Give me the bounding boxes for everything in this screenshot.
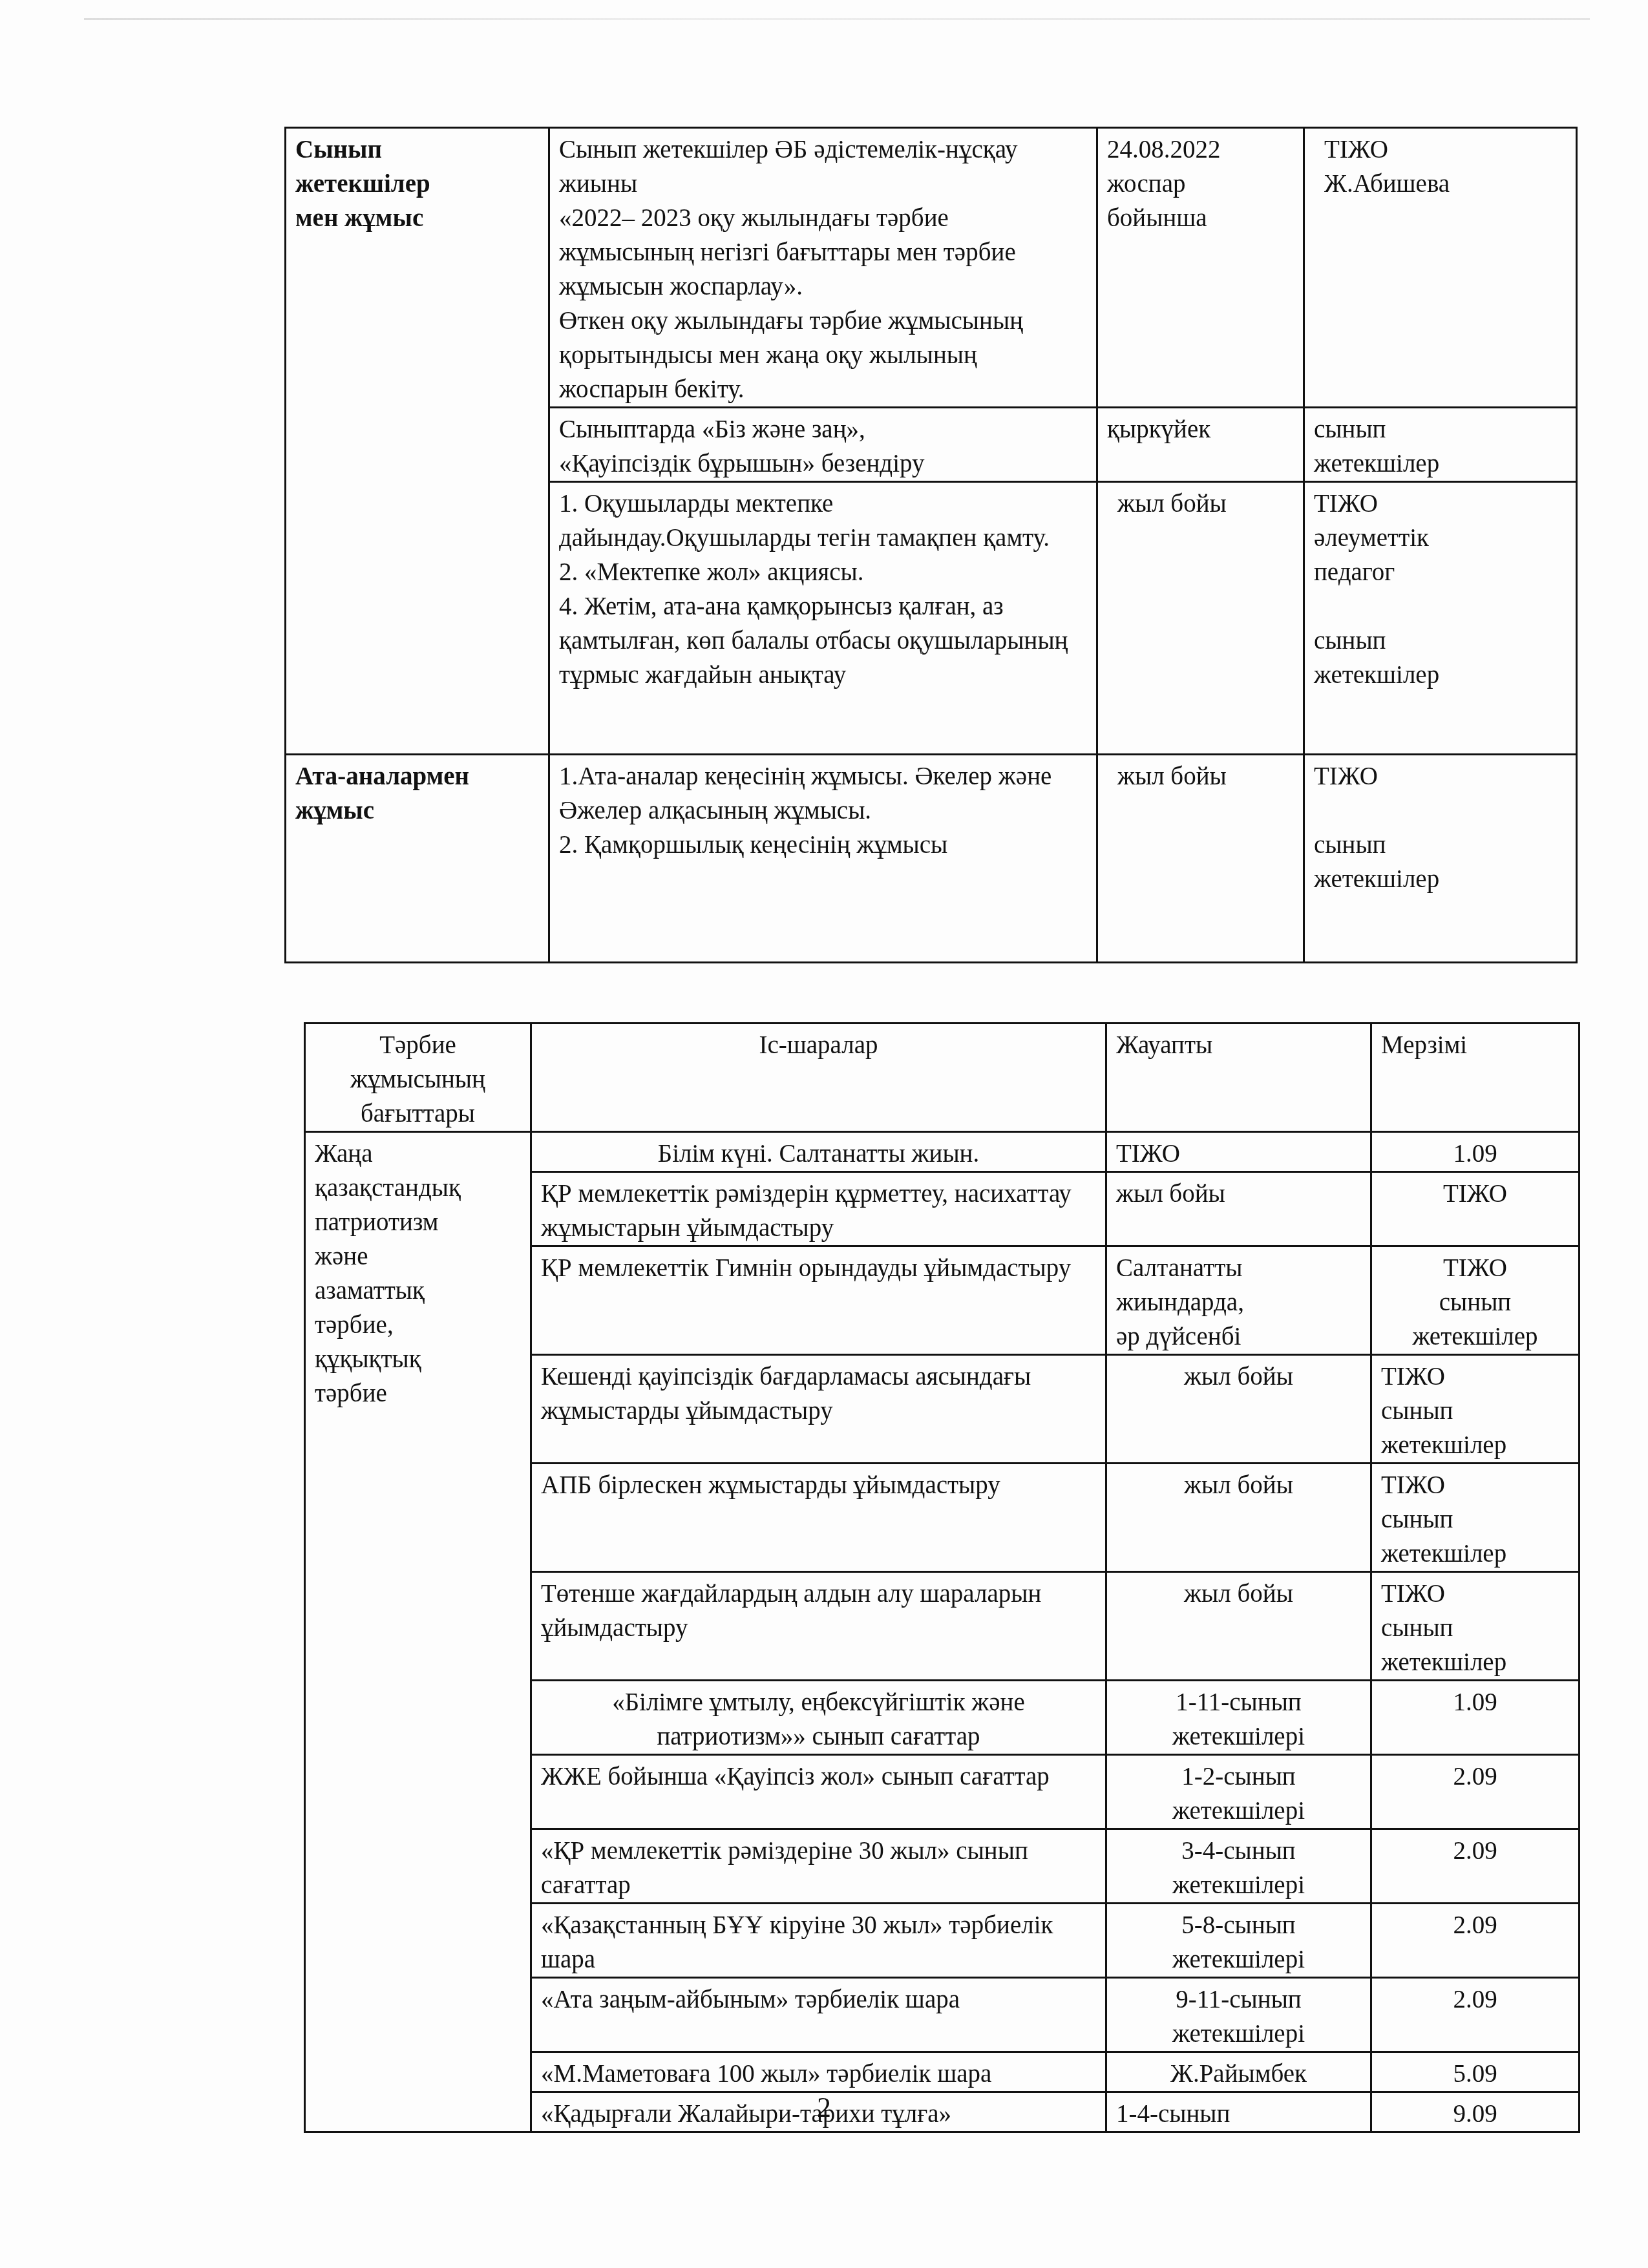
table-row: Ата-аналармен жұмыс 1.Ата-аналар кеңесін… [286,755,1577,963]
activity-cell: ЖЖЕ бойынша «Қауіпсіз жол» сынып сағатта… [531,1755,1106,1829]
activity-cell: «М.Маметоваға 100 жыл» тәрбиелік шара [531,2052,1106,2092]
responsible-cell: ТІЖО әлеуметтік педагог сынып жетекшілер [1304,482,1577,755]
responsible-cell: ТІЖО сынып жетекшілер [1304,755,1577,963]
responsible-cell: жыл бойы [1106,1464,1371,1572]
deadline-cell: ТІЖО сынып жетекшілер [1371,1355,1579,1464]
responsible-cell: ТІЖО [1106,1132,1371,1172]
direction-cell: Ата-аналармен жұмыс [286,755,549,963]
deadline-cell: ТІЖО сынып жетекшілер [1371,1246,1579,1355]
patriotic-education-table: Тәрбие жұмысының бағыттары Іс-шаралар Жа… [304,1022,1580,2133]
activity-cell: Білім күні. Салтанатты жиын. [531,1132,1106,1172]
header-activities: Іс-шаралар [531,1024,1106,1132]
responsible-cell: сынып жетекшілер [1304,408,1577,482]
activity-cell: Сыныптарда «Біз және заң», «Қауіпсіздік … [549,408,1097,482]
direction-cell: Жаңа қазақстандық патриотизм және азамат… [305,1132,531,2132]
deadline-cell: ТІЖО сынып жетекшілер [1371,1572,1579,1681]
activity-cell: «Ата заңым-айбыным» тәрбиелік шара [531,1978,1106,2052]
direction-cell: Сынып жетекшілер мен жұмыс [286,128,549,755]
header-directions: Тәрбие жұмысының бағыттары [305,1024,531,1132]
activity-cell: ҚР мемлекеттік Гимнін орындауды ұйымдаст… [531,1246,1106,1355]
responsible-cell: жыл бойы [1106,1355,1371,1464]
deadline-cell: 2.09 [1371,1904,1579,1978]
deadline-cell: 2.09 [1371,1829,1579,1904]
activity-cell: «Қазақстанның БҰҰ кіруіне 30 жыл» тәрбие… [531,1904,1106,1978]
deadline-cell: ТІЖО [1371,1172,1579,1246]
table-row: Жаңа қазақстандық патриотизм және азамат… [305,1132,1579,1172]
activity-cell: 1.Ата-аналар кеңесінің жұмысы. Әкелер жә… [549,755,1097,963]
deadline-cell: 1.09 [1371,1681,1579,1755]
responsible-cell: 1-2-сынып жетекшілері [1106,1755,1371,1829]
responsible-cell: жыл бойы [1106,1572,1371,1681]
date-cell: жыл бойы [1097,755,1304,963]
responsible-cell: 5-8-сынып жетекшілері [1106,1904,1371,1978]
date-cell: 24.08.2022 жоспар бойынша [1097,128,1304,408]
scan-edge [84,18,1590,20]
activity-cell: АПБ бірлескен жұмыстарды ұйымдастыру [531,1464,1106,1572]
activity-cell: 1. Оқушыларды мектепке дайындау.Оқушылар… [549,482,1097,755]
header-responsible: Жауапты [1106,1024,1371,1132]
table-row: Сынып жетекшілер мен жұмыс Сынып жетекші… [286,128,1577,408]
activity-cell: Сынып жетекшілер ӘБ әдістемелік-нұсқау ж… [549,128,1097,408]
date-cell: қыркүйек [1097,408,1304,482]
activity-cell: ҚР мемлекеттік рәміздерін құрметтеу, нас… [531,1172,1106,1246]
responsible-cell: Ж.Райымбек [1106,2052,1371,2092]
deadline-cell: 2.09 [1371,1755,1579,1829]
responsible-cell: ТІЖО Ж.Абишева [1304,128,1577,408]
responsible-cell: 9-11-сынып жетекшілері [1106,1978,1371,2052]
activity-cell: Кешенді қауіпсіздік бағдарламасы аясында… [531,1355,1106,1464]
header-deadline: Мерзімі [1371,1024,1579,1132]
table-header-row: Тәрбие жұмысының бағыттары Іс-шаралар Жа… [305,1024,1579,1132]
deadline-cell: ТІЖО сынып жетекшілер [1371,1464,1579,1572]
activity-cell: «Білімге ұмтылу, еңбексүйгіштік және пат… [531,1681,1106,1755]
class-teachers-parents-table: Сынып жетекшілер мен жұмыс Сынып жетекші… [284,127,1578,963]
deadline-cell: 2.09 [1371,1978,1579,2052]
page-number: 2 [0,2091,1648,2124]
responsible-cell: Салтанатты жиындарда, әр дүйсенбі [1106,1246,1371,1355]
deadline-cell: 5.09 [1371,2052,1579,2092]
activity-cell: Төтенше жағдайлардың алдын алу шараларын… [531,1572,1106,1681]
activity-cell: «ҚР мемлекеттік рәміздеріне 30 жыл» сыны… [531,1829,1106,1904]
responsible-cell: 3-4-сынып жетекшілері [1106,1829,1371,1904]
date-cell: жыл бойы [1097,482,1304,755]
deadline-cell: 1.09 [1371,1132,1579,1172]
responsible-cell: жыл бойы [1106,1172,1371,1246]
responsible-cell: 1-11-сынып жетекшілері [1106,1681,1371,1755]
